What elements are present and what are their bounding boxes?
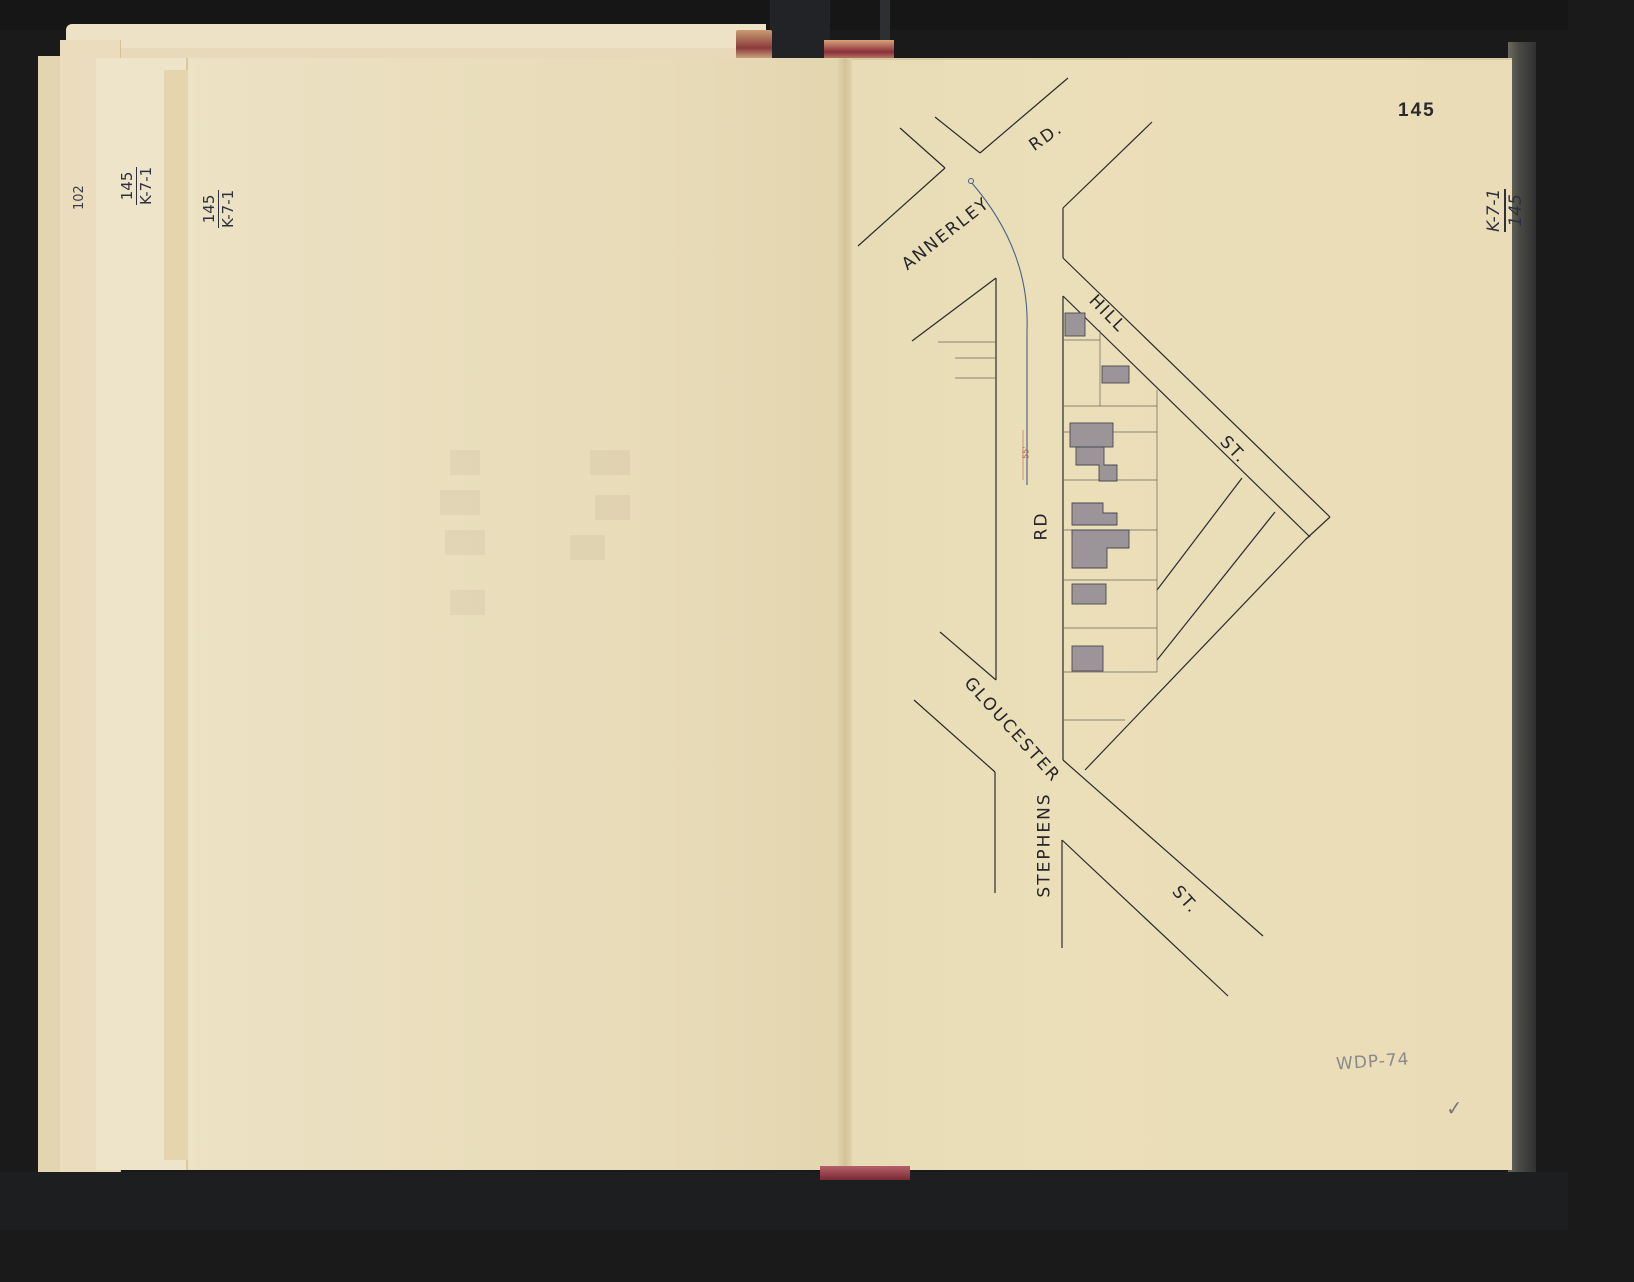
street-label-stephens-rd: RD — [1031, 512, 1051, 541]
dimension-label: 55' — [1022, 446, 1031, 458]
buildings — [1065, 313, 1129, 671]
plan-map-drawing — [0, 0, 1568, 1230]
street-label-stephens: STEPHENS — [1035, 792, 1055, 897]
water-main-line — [971, 182, 1027, 485]
hydrant-marker — [969, 179, 974, 184]
